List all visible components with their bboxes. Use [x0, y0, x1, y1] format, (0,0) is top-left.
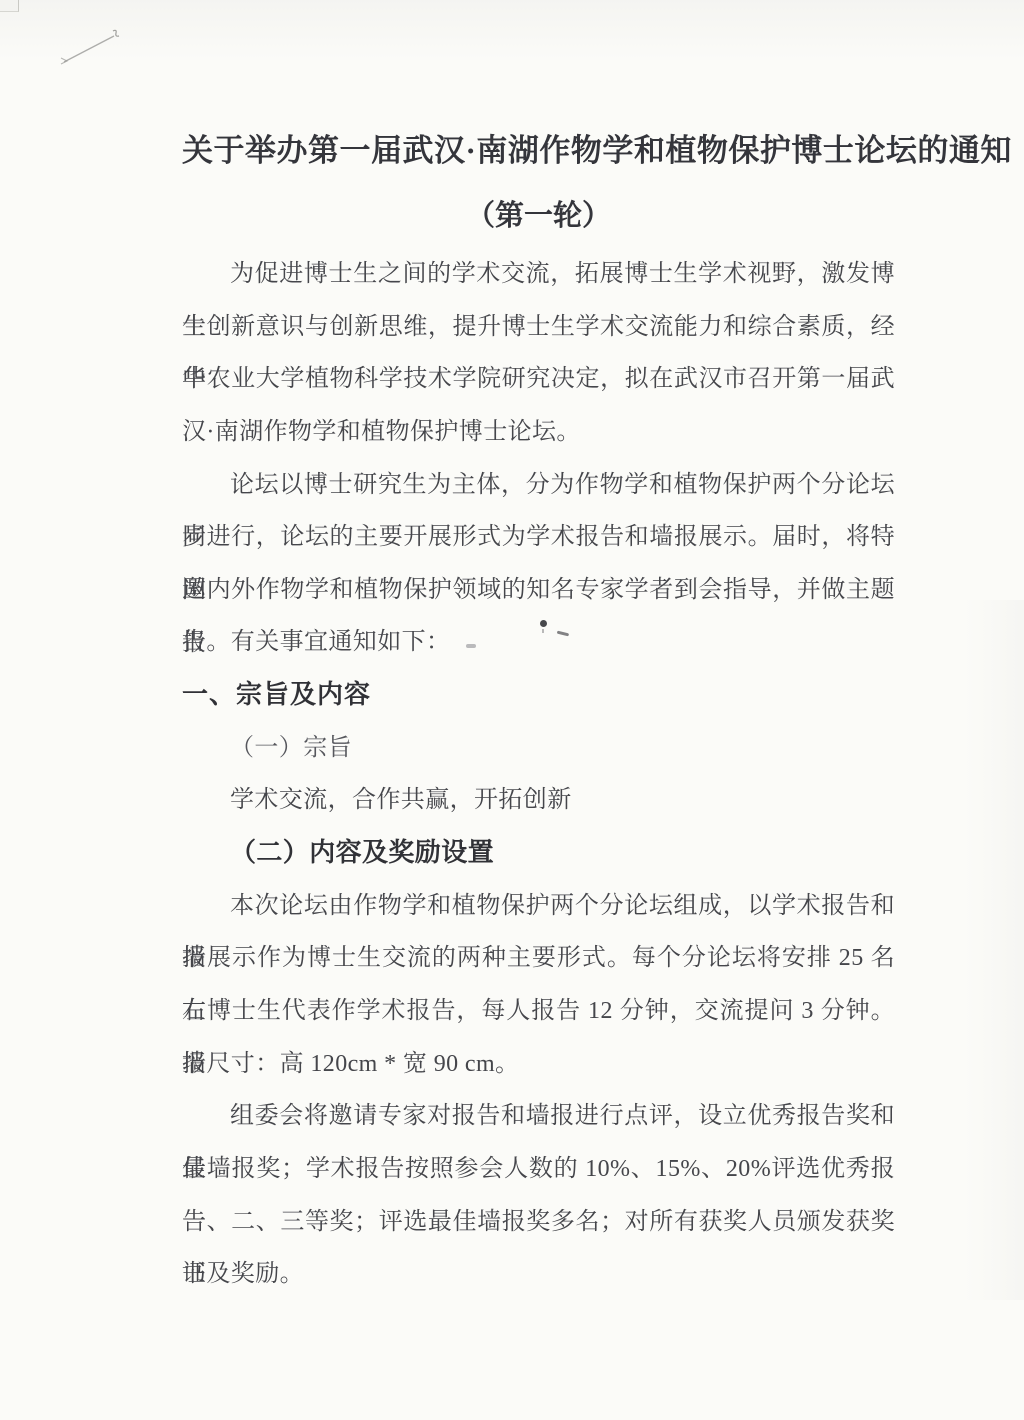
body-line: 步进行，论坛的主要开展形式为学术报告和墙报展示。届时，将特邀 — [182, 511, 895, 564]
document-body: 为促进博士生之间的学术交流，拓展博士生学术视野，激发博士 生创新意识与创新思维，… — [182, 248, 895, 1301]
body-line: 中农业大学植物科学技术学院研究决定，拟在武汉市召开第一届武 — [182, 353, 895, 406]
body-line: 生创新意识与创新思维，提升博士生学术交流能力和综合素质，经华 — [182, 301, 895, 354]
document-subtitle: （第一轮） — [182, 194, 895, 238]
subsection-heading-2: （二）内容及奖励设置 — [182, 827, 895, 880]
document-header: 关于举办第一届武汉·南湖作物学和植物保护博士论坛的通知 （第一轮） — [182, 128, 895, 238]
scan-corner-artifact — [0, 0, 19, 12]
body-line: 报尺寸：高 120cm * 宽 90 cm。 — [182, 1038, 895, 1091]
body-line: 国内外作物学和植物保护领域的知名专家学者到会指导，并做主题报 — [182, 564, 895, 617]
document-title: 关于举办第一届武汉·南湖作物学和植物保护博士论坛的通知 — [182, 128, 895, 174]
body-line: 本次论坛由作物学和植物保护两个分论坛组成，以学术报告和墙 — [182, 880, 895, 933]
body-line: 为促进博士生之间的学术交流，拓展博士生学术视野，激发博士 — [182, 248, 895, 301]
body-line: 学术交流，合作共赢，开拓创新 — [182, 774, 895, 827]
pencil-scribble — [56, 24, 136, 77]
body-line: 组委会将邀请专家对报告和墙报进行点评，设立优秀报告奖和最 — [182, 1090, 895, 1143]
body-line: 右博士生代表作学术报告，每人报告 12 分钟，交流提问 3 分钟。墙 — [182, 985, 895, 1038]
body-line: 告。有关事宜通知如下： — [182, 616, 895, 669]
section-heading-1: 一、宗旨及内容 — [182, 669, 895, 722]
scan-smudge-right — [964, 600, 1024, 1300]
body-line: 书及奖励。 — [182, 1248, 895, 1301]
scan-smudge-top — [0, 0, 1024, 60]
subsection-heading-1: （一）宗旨 — [182, 722, 895, 775]
body-line: 一、二、三等奖；评选最佳墙报奖多名；对所有获奖人员颁发获奖证 — [182, 1196, 895, 1249]
body-line: 论坛以博士研究生为主体，分为作物学和植物保护两个分论坛同 — [182, 459, 895, 512]
scanned-document-page: 关于举办第一届武汉·南湖作物学和植物保护博士论坛的通知 （第一轮） 为促进博士生… — [0, 0, 1024, 1420]
body-line: 佳墙报奖；学术报告按照参会人数的 10%、15%、20%评选优秀报告 — [182, 1143, 895, 1196]
body-line: 汉·南湖作物学和植物保护博士论坛。 — [182, 406, 895, 459]
body-line: 报展示作为博士生交流的两种主要形式。每个分论坛将安排 25 名左 — [182, 932, 895, 985]
